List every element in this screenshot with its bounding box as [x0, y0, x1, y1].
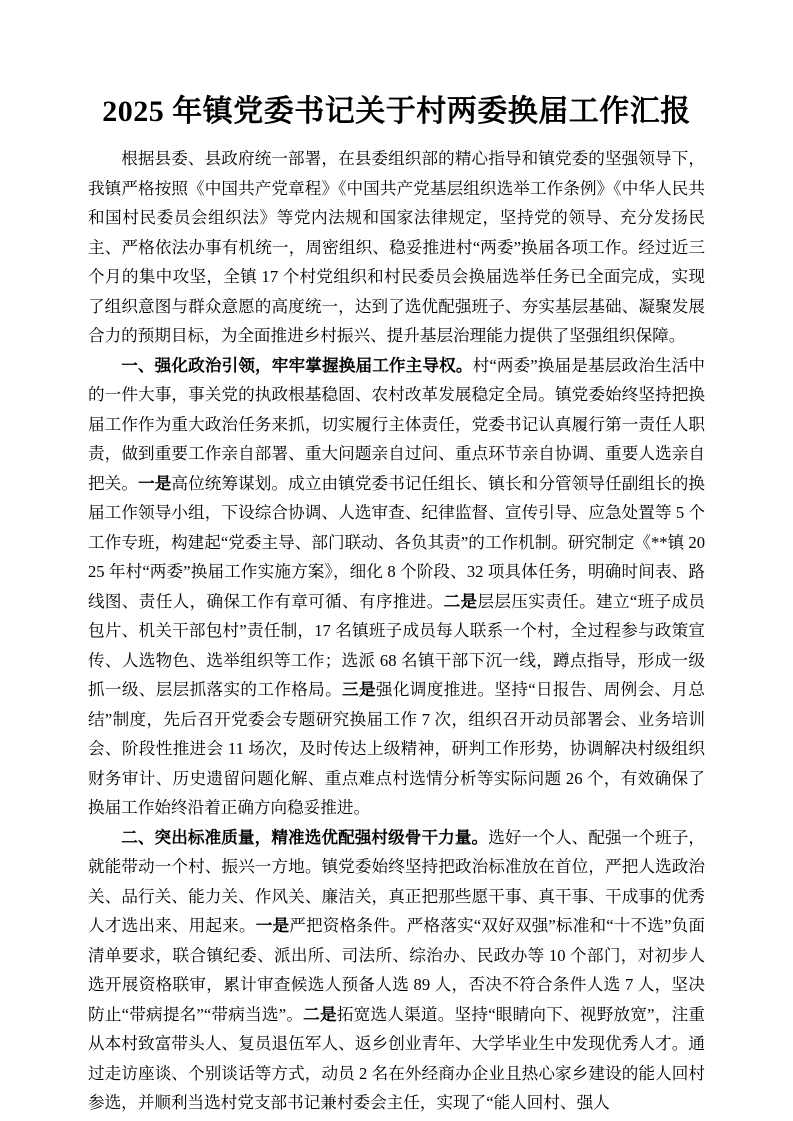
document-page: 2025 年镇党委书记关于村两委换届工作汇报 根据县委、县政府统一部署，在县委组… — [0, 0, 793, 1121]
section-2-paragraph: 二、突出标准质量，精准选优配强村级骨干力量。选好一个人、配强一个班子，就能带动一… — [88, 823, 705, 1118]
section-1-point-1-marker: 一是 — [138, 474, 171, 493]
section-1-point-2-marker: 二是 — [444, 592, 478, 611]
section-1-point-3-marker: 三是 — [342, 680, 376, 699]
intro-text-run: 根据县委、县政府统一部署，在县委组织部的精心指导和镇党委的坚强领导下，我镇严格按… — [88, 149, 705, 345]
section-2-point-1-marker: 一是 — [256, 916, 290, 935]
section-1-point-1-text: 高位统筹谋划。成立由镇党委书记任组长、镇长和分管领导任副组长的换届工作领导小组，… — [88, 474, 705, 611]
section-1-paragraph: 一、强化政治引领，牢牢掌握换届工作主导权。村“两委”换届是基层政治生活中的一件大… — [88, 351, 705, 823]
section-2-point-2-marker: 二是 — [303, 1005, 337, 1024]
section-1-point-3-text: 强化调度推进。坚持“日报告、周例会、月总结”制度，先后召开党委会专题研究换届工作… — [88, 680, 705, 817]
document-title: 2025 年镇党委书记关于村两委换届工作汇报 — [88, 88, 705, 136]
intro-paragraph: 根据县委、县政府统一部署，在县委组织部的精心指导和镇党委的坚强领导下，我镇严格按… — [88, 144, 705, 351]
section-2-heading: 二、突出标准质量，精准选优配强村级骨干力量。 — [121, 828, 488, 847]
section-1-text-run: 村“两委”换届是基层政治生活中的一件大事，事关党的执政根基稳固、农村改革发展稳定… — [88, 356, 705, 493]
section-1-heading: 一、强化政治引领，牢牢掌握换届工作主导权。 — [121, 356, 472, 375]
